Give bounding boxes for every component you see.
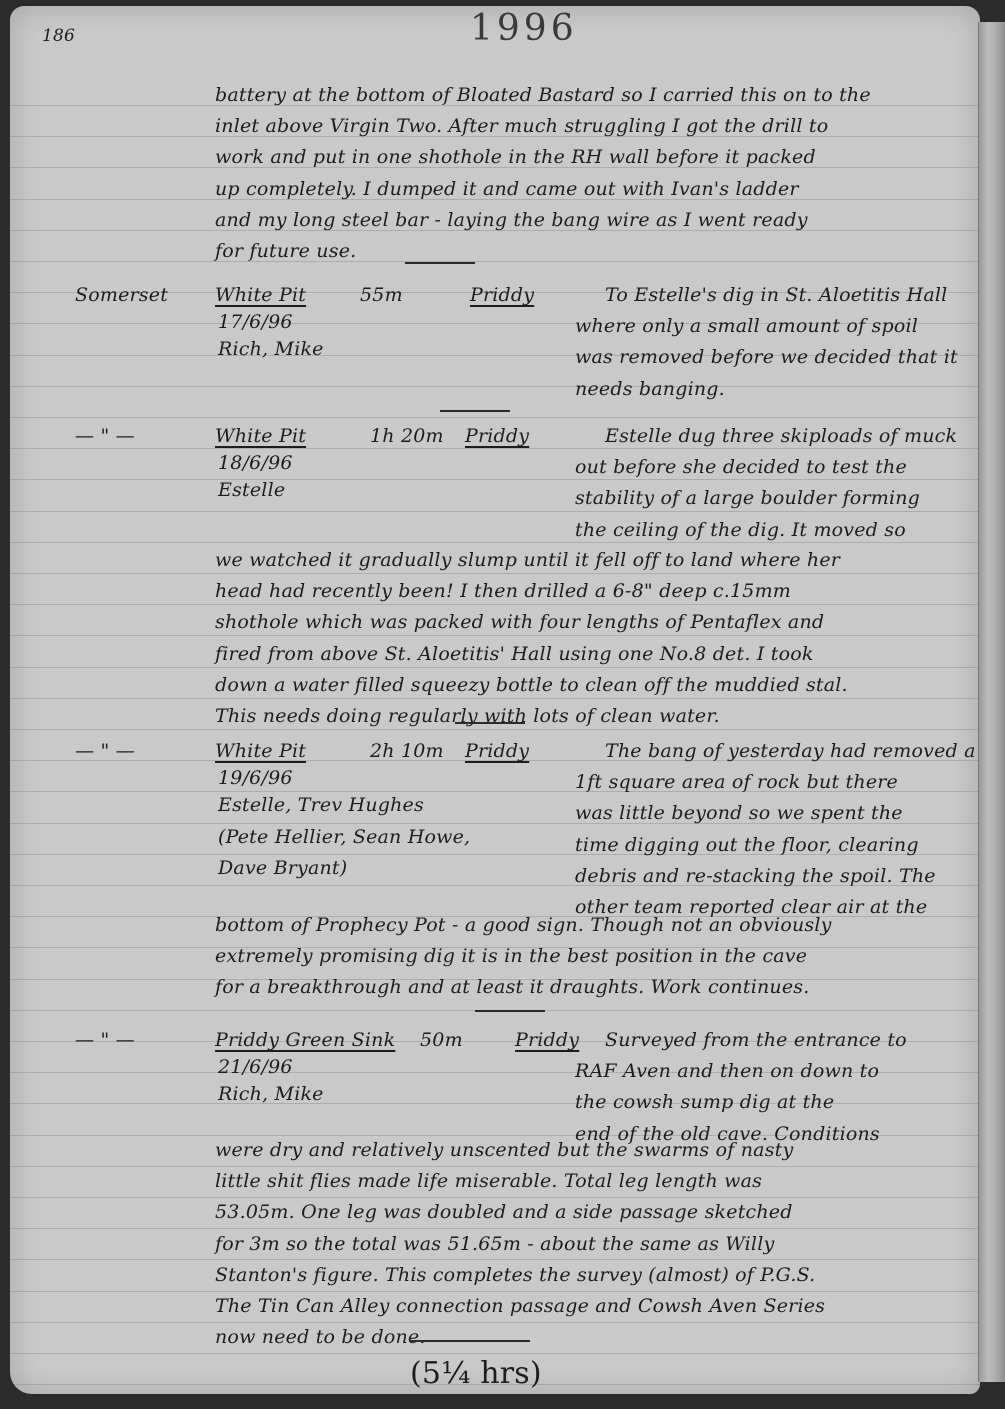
entry-divider [410,1340,530,1342]
intro-line: battery at the bottom of Bloated Bastard… [215,84,871,106]
ruled-line [10,635,980,636]
entry-cave-name: White Pit [215,284,306,306]
page-edge [978,22,1005,1382]
entry-note-line: the ceiling of the dig. It moved so [575,519,906,541]
page-number: 186 [42,26,75,46]
ruled-line [10,1166,980,1167]
ruled-line [10,1322,980,1323]
entry-note-line: out before she decided to test the [575,456,907,478]
entry-note-line: RAF Aven and then on down to [575,1060,879,1082]
entry-continuation-line: little shit flies made life miserable. T… [215,1170,762,1192]
entry-region: — " — [75,740,135,762]
entry-continuation-line: Stanton's figure. This completes the sur… [215,1264,815,1286]
entry-note-line: Estelle dug three skiploads of muck [605,425,957,447]
entry-divider [475,1010,545,1012]
entry-duration: 50m [420,1029,463,1051]
entry-duration: 55m [360,284,403,306]
ruled-line [10,1103,980,1104]
intro-line: work and put in one shothole in the RH w… [215,146,816,168]
entry-continuation-line: 53.05m. One leg was doubled and a side p… [215,1201,793,1223]
entry-note-line: The bang of yesterday had removed a [605,740,976,762]
entry-continuation-line: The Tin Can Alley connection passage and… [215,1295,825,1317]
ruled-line [10,667,980,668]
entry-note-line: Surveyed from the entrance to [605,1029,907,1051]
entry-party: Rich, Mike [218,1083,324,1105]
ruled-line [10,573,980,574]
notebook-page: 186 1996 battery at the bottom of Bloate… [10,6,980,1394]
entry-note-line: stability of a large boulder forming [575,487,920,509]
ruled-line [10,729,980,730]
entry-divider [455,722,525,724]
entry-note-line: debris and re-stacking the spoil. The [575,865,936,887]
entry-duration: 1h 20m [370,425,444,447]
intro-line: inlet above Virgin Two. After much strug… [215,115,828,137]
ruled-line [10,1228,980,1229]
intro-line: for future use. [215,240,356,262]
ruled-line [10,479,980,480]
entry-date: 17/6/96 [218,311,293,333]
ruled-line [10,261,980,262]
entry-cave-name: Priddy Green Sink [215,1029,395,1051]
entry-area: Priddy [465,740,529,762]
entry-date: 19/6/96 [218,767,293,789]
entry-party: Dave Bryant) [218,857,347,879]
entry-continuation-line: were dry and relatively unscented but th… [215,1139,793,1161]
ruled-line [10,1291,980,1292]
entry-party: (Pete Hellier, Sean Howe, [218,826,470,848]
total-duration: (5¼ hrs) [410,1356,542,1391]
entry-region: Somerset [75,284,168,306]
entry-cave-name: White Pit [215,425,306,447]
ruled-line [10,417,980,418]
entry-note-line: was removed before we decided that it [575,346,958,368]
entry-party: Rich, Mike [218,338,324,360]
intro-line: up completely. I dumped it and came out … [215,178,799,200]
entry-continuation-line: extremely promising dig it is in the bes… [215,945,807,967]
ruled-line [10,511,980,512]
entry-party: Estelle, Trev Hughes [218,794,424,816]
entry-continuation-line: head had recently been! I then drilled a… [215,580,791,602]
entry-note-line: was little beyond so we spent the [575,802,903,824]
ruled-line [10,1259,980,1260]
ruled-line [10,542,980,543]
entry-date: 21/6/96 [218,1056,293,1078]
entry-continuation-line: we watched it gradually slump until it f… [215,549,840,571]
entry-continuation-line: for a breakthrough and at least it draug… [215,976,809,998]
entry-continuation-line: fired from above St. Aloetitis' Hall usi… [215,643,814,665]
entry-note-line: where only a small amount of spoil [575,315,918,337]
entry-cave-name: White Pit [215,740,306,762]
entry-continuation-line: now need to be done. [215,1326,426,1348]
entry-continuation-line: for 3m so the total was 51.65m - about t… [215,1233,774,1255]
entry-date: 18/6/96 [218,452,293,474]
entry-region: — " — [75,1029,135,1051]
entry-note-line: 1ft square area of rock but there [575,771,898,793]
intro-line: and my long steel bar - laying the bang … [215,209,808,231]
entry-region: — " — [75,425,135,447]
entry-note-line: time digging out the floor, clearing [575,834,919,856]
entry-party: Estelle [218,479,285,501]
entry-note-line: the cowsh sump dig at the [575,1091,834,1113]
entry-note-line: needs banging. [575,378,725,400]
ruled-line [10,448,980,449]
entry-area: Priddy [465,425,529,447]
ruled-line [10,604,980,605]
ruled-line [10,1353,980,1354]
entry-duration: 2h 10m [370,740,444,762]
entry-area: Priddy [470,284,534,306]
ruled-line [10,1197,980,1198]
entry-divider [440,410,510,412]
entry-divider [405,262,475,264]
entry-continuation-line: bottom of Prophecy Pot - a good sign. Th… [215,914,832,936]
ruled-line [10,386,980,387]
page-year: 1996 [470,8,578,49]
entry-continuation-line: shothole which was packed with four leng… [215,611,824,633]
entry-note-line: To Estelle's dig in St. Aloetitis Hall [605,284,947,306]
entry-area: Priddy [515,1029,579,1051]
entry-continuation-line: down a water filled squeezy bottle to cl… [215,674,848,696]
ruled-line [10,698,980,699]
